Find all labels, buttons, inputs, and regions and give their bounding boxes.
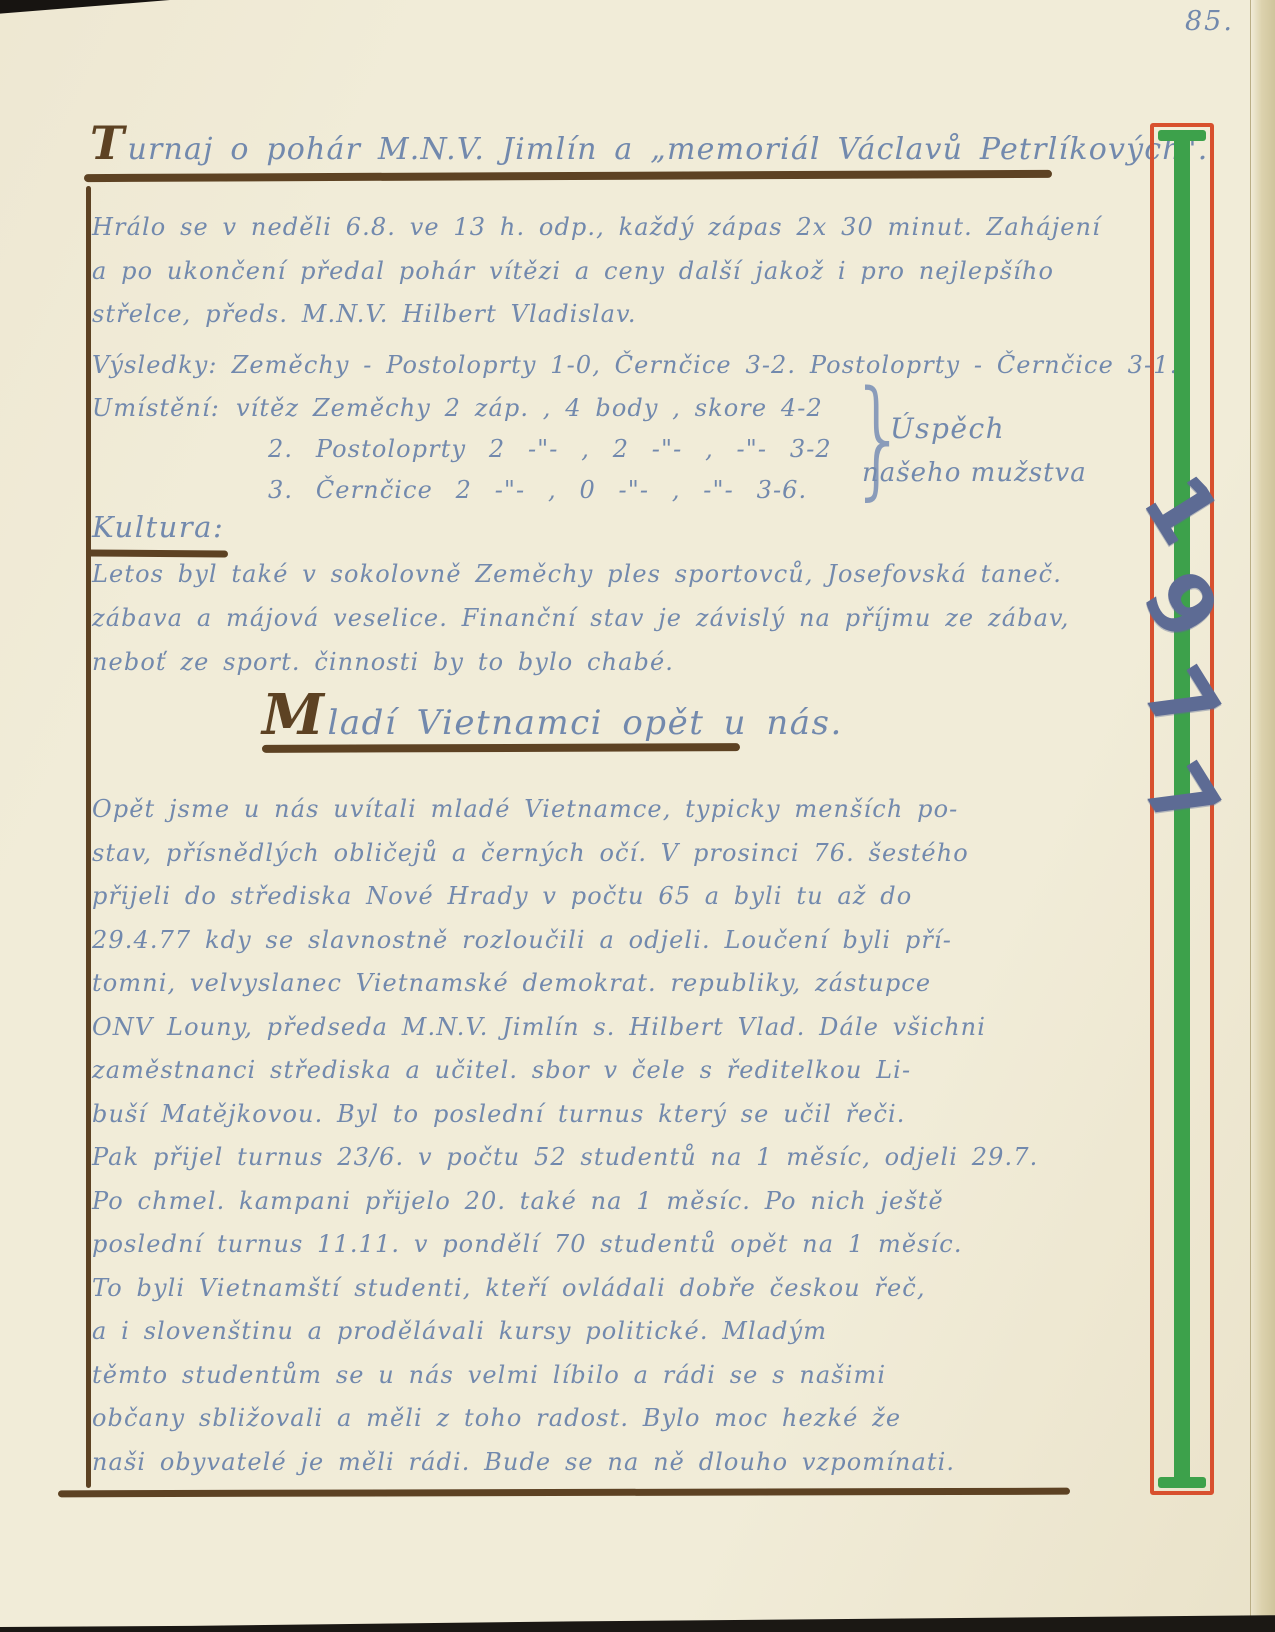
vietnam-line: přijeli do střediska Nové Hrady v počtu … [92, 875, 1038, 919]
tournament-intro-paragraph: Hrálo se v neděli 6.8. ve 13 h. odp., ka… [92, 206, 1101, 337]
vietnam-line: a i slovenštinu a prodělávali kursy poli… [92, 1310, 1038, 1354]
tournament-title-text: urnaj o pohár M.N.V. Jimlín a „memoriál … [127, 132, 1208, 167]
vietnam-line: Opět jsme u nás uvítali mladé Vietnamce,… [92, 788, 1038, 832]
results-text: Zeměchy - Postoloprty 1-0, Černčice 3-2.… [232, 351, 1179, 379]
vietnam-line: občany sbližovali a měli z toho radost. … [92, 1397, 1038, 1441]
tournament-title-initial: T [90, 116, 125, 170]
vietnam-heading-text: ladí Vietnamci opět u nás. [328, 703, 843, 743]
year-band-green-cap-bottom [1158, 1477, 1206, 1488]
intro-line: a po ukončení předal pohár vítězi a ceny… [92, 250, 1101, 294]
vietnam-line: Po chmel. kampani přijelo 20. také na 1 … [92, 1180, 1038, 1224]
standings-winner: vítěz Zeměchy 2 záp. , 4 body , skore 4-… [236, 394, 823, 422]
standings-row-2: 2. Postoloprty 2 -"- , 2 -"- , -"- 3-2 [268, 428, 832, 472]
intro-line: střelce, předs. M.N.V. Hilbert Vladislav… [92, 293, 1101, 337]
tournament-title-underline [84, 170, 1052, 182]
vietnam-line: buší Matějkovou. Byl to poslední turnus … [92, 1093, 1038, 1137]
results-label: Výsledky: [92, 351, 218, 379]
success-note-line1: Úspěch [890, 412, 1005, 445]
handwritten-content: Turnaj o pohár M.N.V. Jimlín a „memoriál… [90, 0, 1070, 1632]
vietnam-heading-initial: M [262, 682, 326, 748]
vietnam-line: tomni, velvyslanec Vietnamské demokrat. … [92, 962, 1038, 1006]
bottom-margin-rule [58, 1488, 1070, 1498]
vietnam-heading: Mladí Vietnamci opět u nás. [262, 682, 843, 748]
standings-label: Umístění: [92, 394, 220, 422]
success-note-line2: našeho mužstva [862, 458, 1087, 488]
vietnam-line: zaměstnanci střediska a učitel. sbor v č… [92, 1049, 1038, 1093]
vietnam-line: 29.4.77 kdy se slavnostně rozloučili a o… [92, 919, 1038, 963]
tournament-title: Turnaj o pohár M.N.V. Jimlín a „memoriál… [90, 116, 1209, 170]
year-digit: 7 [1111, 726, 1251, 870]
vietnam-line: To byli Vietnamští studenti, kteří ovlád… [92, 1267, 1038, 1311]
culture-line: Letos byl také v sokolovně Zeměchy ples … [92, 552, 1070, 596]
page-number: 85. [1185, 6, 1234, 37]
results-line: Výsledky:Zeměchy - Postoloprty 1-0, Čern… [92, 344, 1178, 388]
standings-row-3: 3. Černčice 2 -"- , 0 -"- , -"- 3-6. [268, 469, 807, 513]
vietnam-line: těmto studentům se u nás velmi líbilo a … [92, 1354, 1038, 1398]
vietnam-line: ONV Louny, předseda M.N.V. Jimlín s. Hil… [92, 1006, 1038, 1050]
standings-row-1: Umístění:vítěz Zeměchy 2 záp. , 4 body ,… [92, 387, 823, 431]
year-label: 1 9 7 7 [1116, 462, 1246, 846]
page-right-edge [1250, 0, 1275, 1632]
culture-heading: Kultura: [92, 510, 224, 544]
vietnam-line: poslední turnus 11.11. v pondělí 70 stud… [92, 1223, 1038, 1267]
culture-line: neboť ze sport. činnosti by to bylo chab… [92, 640, 1070, 684]
vietnam-line: Pak přijel turnus 23/6. v počtu 52 stude… [92, 1136, 1038, 1180]
culture-paragraph: Letos byl také v sokolovně Zeměchy ples … [92, 552, 1070, 684]
intro-line: Hrálo se v neděli 6.8. ve 13 h. odp., ka… [92, 206, 1101, 250]
vietnam-line: naši obyvatelé je měli rádi. Bude se na … [92, 1441, 1038, 1485]
year-band-green-cap-top [1158, 130, 1206, 141]
chronicle-page-scan: { "page": { "number": "85.", "year": "19… [0, 0, 1275, 1632]
vietnam-line: stav, přísnědlých obličejů a černých očí… [92, 832, 1038, 876]
vietnam-heading-underline [262, 743, 740, 753]
culture-line: zábava a májová veselice. Finanční stav … [92, 596, 1070, 640]
vietnam-paragraph: Opět jsme u nás uvítali mladé Vietnamce,… [92, 788, 1038, 1484]
